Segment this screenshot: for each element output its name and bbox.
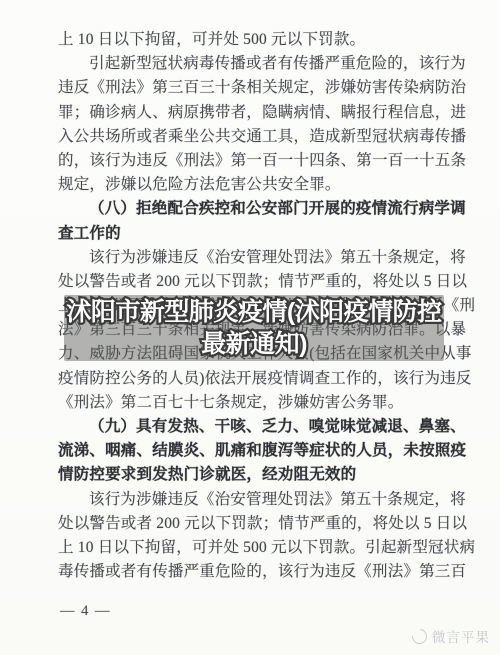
watermark: 微言平果	[412, 626, 490, 646]
doc-line: 引起新型冠状病毒传播或者有传播严重危险的，该行为	[58, 52, 464, 76]
doc-line: 罪；确诊病人、病原携带者，隐瞒病情、瞒报行程信息，进	[58, 101, 464, 125]
doc-line: 规定，涉嫌以危险方法危害公共安全罪。	[58, 173, 464, 197]
caption-overlay-band: 沭阳市新型肺炎疫情(沭阳疫情防控 沭阳市新型肺炎疫情(沭阳疫情防控 最新通知) …	[64, 295, 444, 361]
doc-line: 该行为涉嫌违反《治安管理处罚法》第五十条规定，将	[58, 246, 464, 270]
doc-heading-line: （九）具有发热、干咳、乏力、嗅觉味觉减退、鼻塞、	[58, 415, 464, 439]
doc-heading-line: 流涕、咽痛、结膜炎、肌痛和腹泻等症状的人员，未按照疫	[58, 439, 464, 463]
doc-line: 上 10 日以下拘留，可并处 500 元以下罚款。	[58, 28, 464, 52]
doc-line: 违反《刑法》第三百三十条相关规定，涉嫌妨害传染病防治	[58, 76, 464, 100]
caption-title-line1: 沭阳市新型肺炎疫情(沭阳疫情防控 沭阳市新型肺炎疫情(沭阳疫情防控	[52, 296, 456, 328]
doc-line: 入公共场所或者乘坐公共交通工具，造成新型冠状病毒传播	[58, 125, 464, 149]
doc-line: 毒传播或者有传播严重危险的，该行为违反《刑法》第三百	[58, 560, 464, 584]
watermark-label: 微言平果	[432, 626, 490, 646]
caption-title-text: 最新通知)	[52, 328, 456, 360]
doc-line: 《刑法》第二百七十七条规定，涉嫌妨害公务罪。	[58, 391, 464, 415]
doc-line: 疫情防控公务的人员)依法开展疫情调查工作的，该行为违反	[58, 367, 464, 391]
caption-title: 沭阳市新型肺炎疫情(沭阳疫情防控 沭阳市新型肺炎疫情(沭阳疫情防控 最新通知) …	[52, 296, 456, 360]
caption-title-line2: 最新通知) 最新通知)	[52, 328, 456, 360]
watermark-logo-icon	[409, 625, 430, 646]
doc-line: 处以警告或者 200 元以下罚款；情节严重的，将处以 5 日以	[58, 270, 464, 294]
doc-line: 上 10 日以下拘留，可并处 500 元以下罚款。引起新型冠状病	[58, 536, 464, 560]
scanned-document-page: 上 10 日以下拘留，可并处 500 元以下罚款。 引起新型冠状病毒传播或者有传…	[0, 0, 500, 655]
caption-title-text: 沭阳市新型肺炎疫情(沭阳疫情防控	[52, 296, 456, 328]
doc-line: 的，该行为违反《刑法》第一百一十四条、第一百一十五条	[58, 149, 464, 173]
doc-line: 处以警告或者 200 元以下罚款；情节严重的，将处以 5 日以	[58, 512, 464, 536]
doc-heading-line: 情防控要求到发热门诊就医，经劝阻无效的	[58, 463, 464, 487]
page-number: — 4 —	[60, 603, 111, 620]
doc-heading-line: （八）拒绝配合疾控和公安部门开展的疫情流行病学调	[58, 197, 464, 221]
doc-heading-line: 查工作的	[58, 222, 464, 246]
doc-line: 该行为涉嫌违反《治安管理处罚法》第五十条规定，将	[58, 488, 464, 512]
